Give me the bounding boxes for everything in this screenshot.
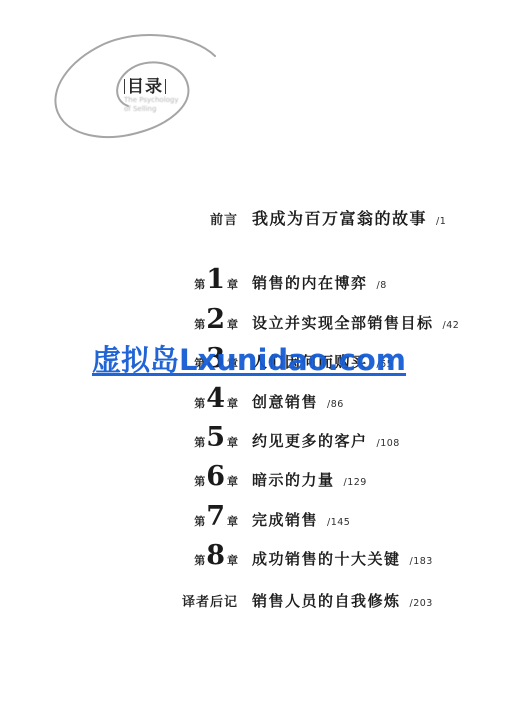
toc-row-chapter-5: 第5章 约见更多的客户 /108: [0, 424, 527, 451]
toc-label: 第4章: [0, 385, 238, 412]
toc-label: 第7章: [0, 503, 238, 530]
toc-row-chapter-8: 第8章 成功销售的十大关键 /183: [0, 542, 527, 569]
toc-title: 销售人员的自我修炼: [252, 590, 401, 611]
toc-label: 第2章: [0, 306, 238, 333]
toc-label: 译者后记: [0, 591, 238, 610]
toc-page-number: /108: [377, 438, 400, 449]
page-title: 目录: [122, 72, 168, 97]
title-right-bar: [165, 79, 166, 94]
toc-label: 第6章: [0, 463, 238, 490]
toc-row-chapter-7: 第7章 完成销售 /145: [0, 503, 527, 530]
toc-title: 成功销售的十大关键: [252, 548, 401, 569]
toc-title: 完成销售: [252, 509, 318, 530]
toc-page-number: /183: [410, 556, 433, 567]
site-watermark: 虚拟岛Lxunidao.com: [92, 338, 406, 379]
toc-page-number: /86: [327, 399, 344, 410]
toc-row-chapter-2: 第2章 设立并实现全部销售目标 /42: [0, 306, 527, 333]
toc-row-chapter-6: 第6章 暗示的力量 /129: [0, 463, 527, 490]
scanned-toc-page: 目录 The Psychology of Selling 前言 我成为百万富翁的…: [0, 0, 527, 705]
toc-label: 第8章: [0, 542, 238, 569]
toc-page-number: /42: [443, 320, 460, 331]
toc-title: 创意销售: [252, 391, 318, 412]
toc-label: 第1章: [0, 266, 238, 293]
title-left-bar: [124, 79, 125, 94]
toc-row-chapter-4: 第4章 创意销售 /86: [0, 385, 527, 412]
toc-title: 销售的内在博弈: [252, 272, 368, 293]
logo-subtitle: The Psychology of Selling: [124, 96, 179, 114]
toc-label: 第5章: [0, 424, 238, 451]
book-logo-block: 目录 The Psychology of Selling: [42, 28, 242, 143]
toc-page-number: /203: [410, 598, 433, 609]
toc-page-number: /8: [377, 280, 387, 291]
toc-title: 我成为百万富翁的故事: [252, 206, 427, 229]
toc-row-afterword: 译者后记 销售人员的自我修炼 /203: [0, 590, 527, 611]
toc-row-preface: 前言 我成为百万富翁的故事 /1: [0, 206, 527, 229]
toc-title: 暗示的力量: [252, 469, 335, 490]
toc-title: 设立并实现全部销售目标: [252, 312, 434, 333]
toc-row-chapter-1: 第1章 销售的内在博弈 /8: [0, 266, 527, 293]
toc-label: 前言: [0, 209, 238, 228]
toc-page-number: /1: [436, 216, 446, 227]
toc-page-number: /129: [344, 477, 367, 488]
toc-title: 约见更多的客户: [252, 430, 368, 451]
toc-page-number: /145: [327, 517, 350, 528]
